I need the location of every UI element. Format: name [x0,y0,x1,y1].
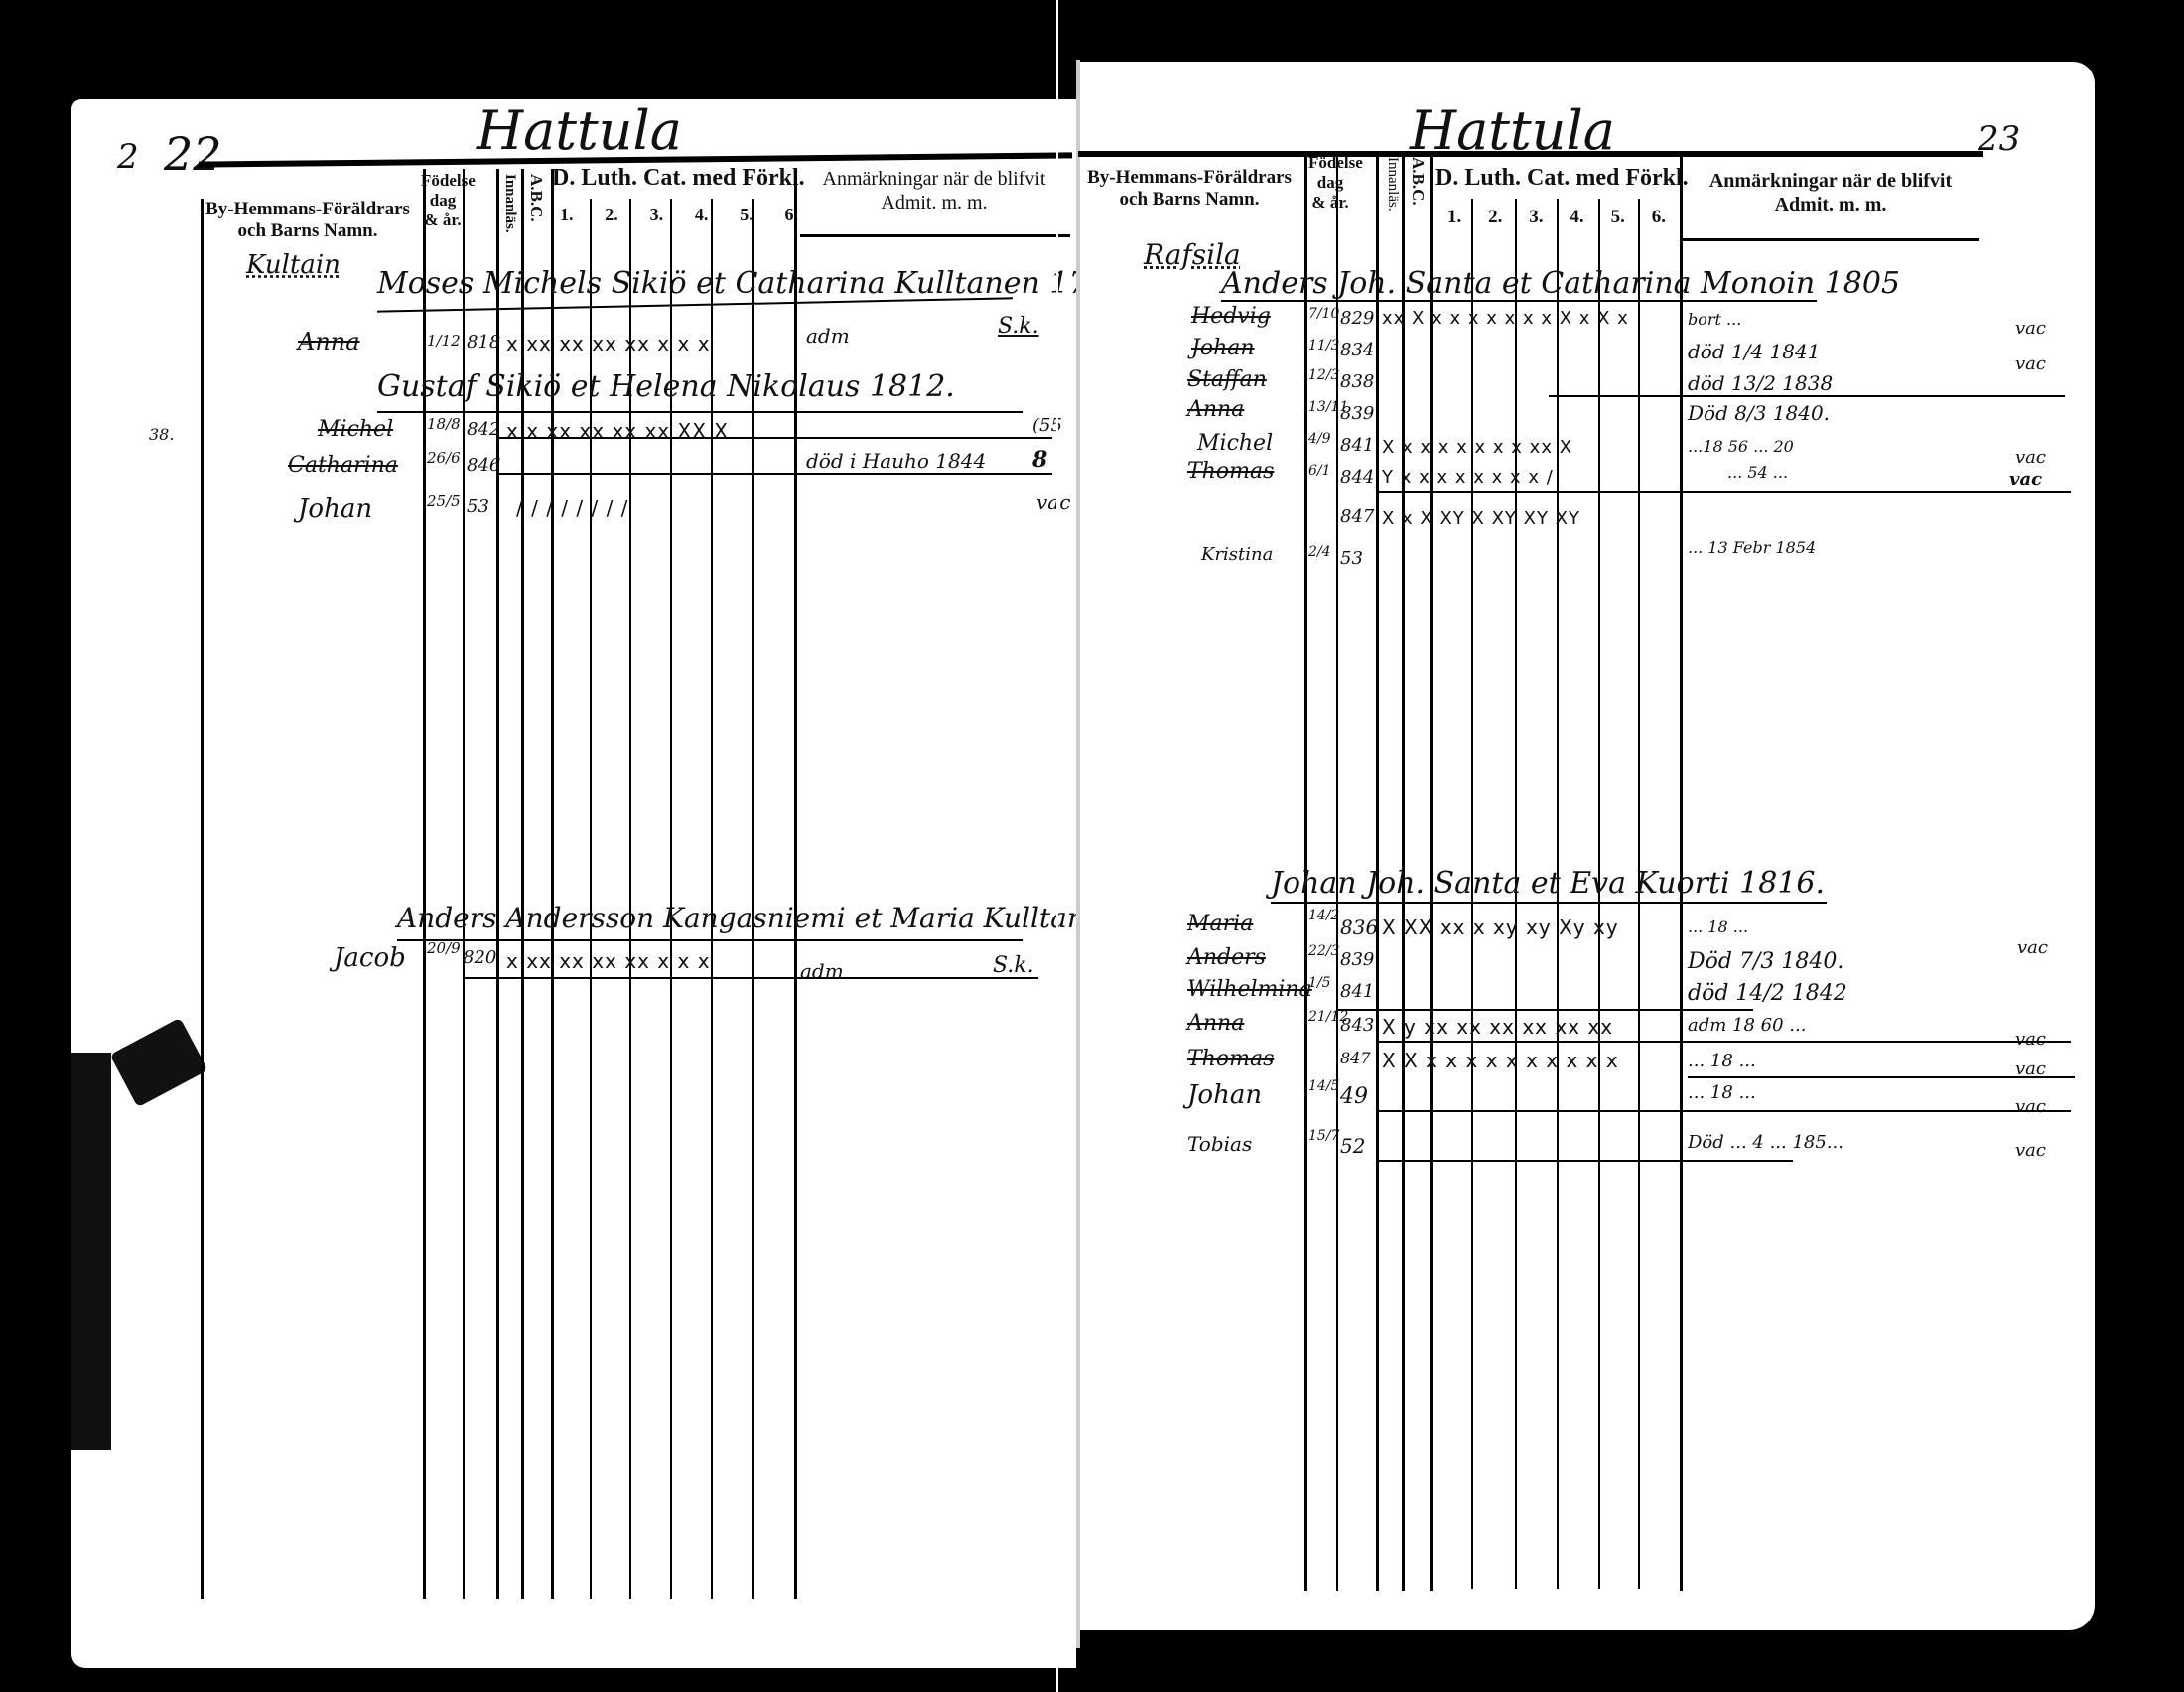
cat-col-5: 5. [1611,207,1625,228]
farm-name: Kultain [246,250,341,280]
birth-day: 1/5 [1308,975,1331,991]
cat-col-4: 4. [695,205,709,225]
child-name: Staffan [1187,367,1267,392]
remark: adm [800,959,844,983]
birth-day: 14/2 [1308,908,1339,923]
birth-day: 26/6 [427,449,461,467]
cat-col-3: 3. [1529,207,1543,228]
remark: död 13/2 1838 [1688,371,1833,395]
birth-year: 49 [1340,1084,1368,1109]
parents-line: Anders Joh. Santa et Catharina Monoin 18… [1221,266,1900,301]
spine-gap [1056,0,1058,1692]
catechism-marks: / / / / / / / / [516,496,628,520]
child-name: Catharina [288,453,398,478]
catechism-marks: X x x x x x x x xx X [1382,437,1572,458]
remark: ... 18 ... [1688,917,1748,936]
child-name: Anna [1187,1011,1244,1036]
birth-day: 2/4 [1308,544,1331,560]
child-name: Michel [318,417,393,442]
cat-col-5: 5. [740,205,753,225]
birth-day: 25/5 [427,493,461,510]
parents-line: Moses Michels Sikiö et Catharina Kulltan… [377,266,1135,301]
birth-year: 820 [463,947,496,968]
col-rule [590,199,592,1599]
parents-line: Johan Joh. Santa et Eva Kuorti 1816. [1271,866,1825,901]
entry-underline [1336,1009,1753,1011]
header-innanlas-right: Innanläs. [1384,157,1401,211]
birth-day: 18/8 [427,415,461,433]
child-name: Michel [1197,431,1273,456]
entry-underline [496,437,1052,439]
remark: bort ... [1688,310,1741,329]
birth-day: 11/3 [1308,338,1339,353]
catechism-columns-left: 1. 2. 3. 4. 5. 6. [560,205,798,225]
far-right-note: vac [2015,447,2046,468]
entry-underline [1376,1160,1793,1162]
birth-year: 839 [1340,403,1374,424]
child-name: Johan [298,494,372,524]
child-name: Jacob [334,943,406,973]
torn-edge-shadow [71,1053,111,1450]
catechism-marks: x xx xx xx xx x x x [506,949,711,973]
entry-underline [1376,1041,2071,1043]
header-abc-left: A.B.C. [526,174,546,222]
cat-col-2: 2. [1488,207,1502,228]
far-right-note: vac [2015,1029,2046,1050]
far-right-note: vac [2015,353,2046,374]
child-name: Thomas [1187,1047,1274,1071]
child-name: Hedvig [1191,304,1271,329]
entry-underline [1549,395,2065,397]
cat-col-1: 1. [560,205,574,225]
header-remarks-left: Anmärkningar när de blifvit Admit. m. m. [800,167,1068,214]
birth-day: 7/10 [1308,306,1339,322]
header-names-right: By-Hemmans-Föräldrars och Barns Namn. [1080,167,1298,211]
entry-underline [1271,902,1827,904]
birth-day: 4/9 [1308,431,1331,447]
birth-year: 836 [1340,916,1378,939]
entry-underline [1376,491,2071,493]
col-rule [752,199,754,1599]
catechism-marks: x x xx xx xx xx XX X [506,419,729,443]
child-name: Anna [298,328,360,355]
remark: Död 7/3 1840. [1688,949,1843,974]
remark: Död 8/3 1840. [1688,401,1830,425]
far-right-note: 8 [1032,447,1047,473]
remark: ... 18 ... [1688,1051,1756,1071]
child-name: Anders [1187,945,1266,970]
birth-day: 6/1 [1308,463,1331,479]
birth-year: 52 [1340,1134,1365,1158]
remark: ... 54 ... [1727,463,1788,482]
cat-col-1: 1. [1447,207,1461,228]
birth-day: 14/5 [1308,1078,1339,1094]
remark: ... 13 Febr 1854 [1688,538,1816,557]
entry-underline [463,977,1038,979]
cat-col-4: 4. [1570,207,1583,228]
birth-year: 839 [1340,949,1374,970]
remark: Död ... 4 ... 185... [1688,1132,1843,1153]
far-right-note: vac [2015,318,2046,339]
birth-year: 847 [1340,506,1374,527]
header-birth-right: Födelse dag & år. [1308,153,1352,212]
birth-year: 818 [467,332,500,352]
remark: död 1/4 1841 [1688,340,1820,363]
child-name: Maria [1187,912,1253,936]
col-rule [670,199,672,1599]
birth-year: 843 [1340,1015,1374,1036]
catechism-marks: X XX xx x xy xy Xy xy [1382,916,1619,939]
child-name: Thomas [1187,459,1274,484]
page-number-right: 23 [1978,119,2020,159]
far-right-note: S.k. [998,314,1039,339]
entry-underline [496,473,1052,475]
remark: ...18 56 ... 20 [1688,437,1794,456]
entry-underline [1376,1110,2071,1112]
cat-col-2: 2. [605,205,618,225]
far-right-note: vac [2015,1096,2046,1117]
remarks-header-rule [800,234,1070,237]
remark: adm [806,324,850,348]
far-right-note: vac [1036,491,1070,514]
header-remarks-right: Anmärkningar när de blifvit Admit. m. m. [1682,169,1979,216]
birth-day: 15/7 [1308,1128,1339,1144]
village-heading-left: Hattula [477,99,682,162]
child-name: Johan [1187,1080,1262,1110]
entry-underline [397,939,1023,941]
header-abc-right: A.B.C. [1408,157,1428,206]
cat-col-3: 3. [650,205,664,225]
col-rule [711,199,713,1599]
child-name: Anna [1187,397,1244,422]
header-top-rule [1078,151,1983,157]
child-name: Johan [1191,336,1255,360]
catechism-marks: Y x x x x x x x x / [1382,467,1554,488]
birth-year: 838 [1340,371,1374,392]
header-names-left: By-Hemmans-Föräldrars och Barns Namn. [204,199,412,242]
header-birth-left: Födelse dag & år. [421,171,465,230]
birth-year: 841 [1340,981,1374,1002]
birth-day: 12/3 [1308,367,1339,383]
birth-year: 829 [1340,308,1374,329]
birth-year: 844 [1340,467,1374,488]
far-right-note: vac [2009,469,2042,490]
birth-year: 841 [1340,435,1374,456]
birth-day: 1/12 [427,332,461,350]
birth-day: 20/9 [427,939,461,957]
catechism-marks: X x X XY X XY XY XY [1382,508,1580,529]
birth-year: 834 [1340,340,1374,360]
side-mark: 38. [149,425,174,444]
parents-line: Gustaf Sikiö et Helena Nikolaus 1812. [377,369,955,404]
cat-col-6: 6. [1652,207,1666,228]
entry-underline [1221,300,1817,302]
header-catechism-right: D. Luth. Cat. med Förkl. [1435,165,1689,192]
page-number-left: 22 [164,127,222,181]
header-innanlas-left: Innanläs. [501,174,518,233]
birth-day: 22/3 [1308,943,1339,959]
margin-mark: 2 [117,137,139,177]
entry-underline [1688,1076,2075,1078]
remark: död 14/2 1842 [1688,981,1847,1006]
child-name: Tobias [1187,1132,1252,1156]
child-name: Kristina [1201,544,1273,565]
header-catechism-left: D. Luth. Cat. med Förkl. [552,165,805,192]
remarks-header-rule [1682,238,1979,241]
binding-thread [1044,0,1050,62]
far-right-note: vac [2015,1140,2046,1161]
remark: adm 18 60 ... [1688,1015,1806,1036]
catechism-marks: x xx xx xx xx x x x [506,332,711,355]
far-right-note: vac [2017,937,2048,958]
remark: ... 18 ... [1688,1082,1756,1103]
birth-year: 847 [1340,1049,1371,1067]
remark: död i Hauho 1844 [806,449,986,473]
birth-year: 53 [1340,548,1363,569]
col-rule [201,199,204,1599]
col-rule [629,199,631,1599]
catechism-marks: X X x x x x x x x x x x [1382,1049,1619,1072]
entry-underline [377,411,1023,413]
child-name: Wilhelmina [1187,977,1312,1002]
far-right-note: S.k. [993,953,1034,978]
catechism-marks: X y xx xx xx xx xx xx [1382,1015,1613,1039]
birth-year: 53 [467,496,489,517]
catechism-marks: xx X x x x x x x x X x X x [1382,308,1629,329]
